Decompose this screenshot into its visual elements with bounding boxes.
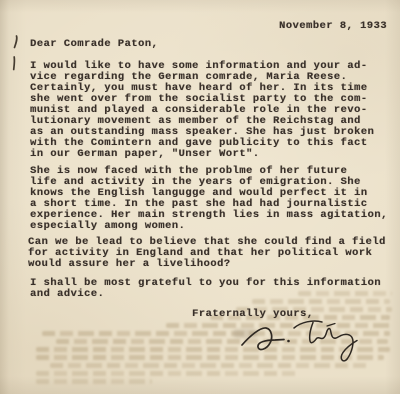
letter-document: November 8, 1933 Dear Comrade Paton, I w… [0,0,400,394]
paragraph-4: I shall be most grateful to you for this… [30,278,381,300]
paragraph-1: I would like to have some information an… [30,61,374,160]
paragraph-3: Can we be lead to believe that she could… [28,237,386,270]
letter-date: November 8, 1933 [279,21,387,32]
margin-tick-icon [12,35,20,49]
signature-handwritten [216,314,364,368]
margin-tick-icon [11,56,19,71]
salutation: Dear Comrade Paton, [30,39,158,50]
paragraph-2: She is now faced with the problme of her… [30,166,388,232]
